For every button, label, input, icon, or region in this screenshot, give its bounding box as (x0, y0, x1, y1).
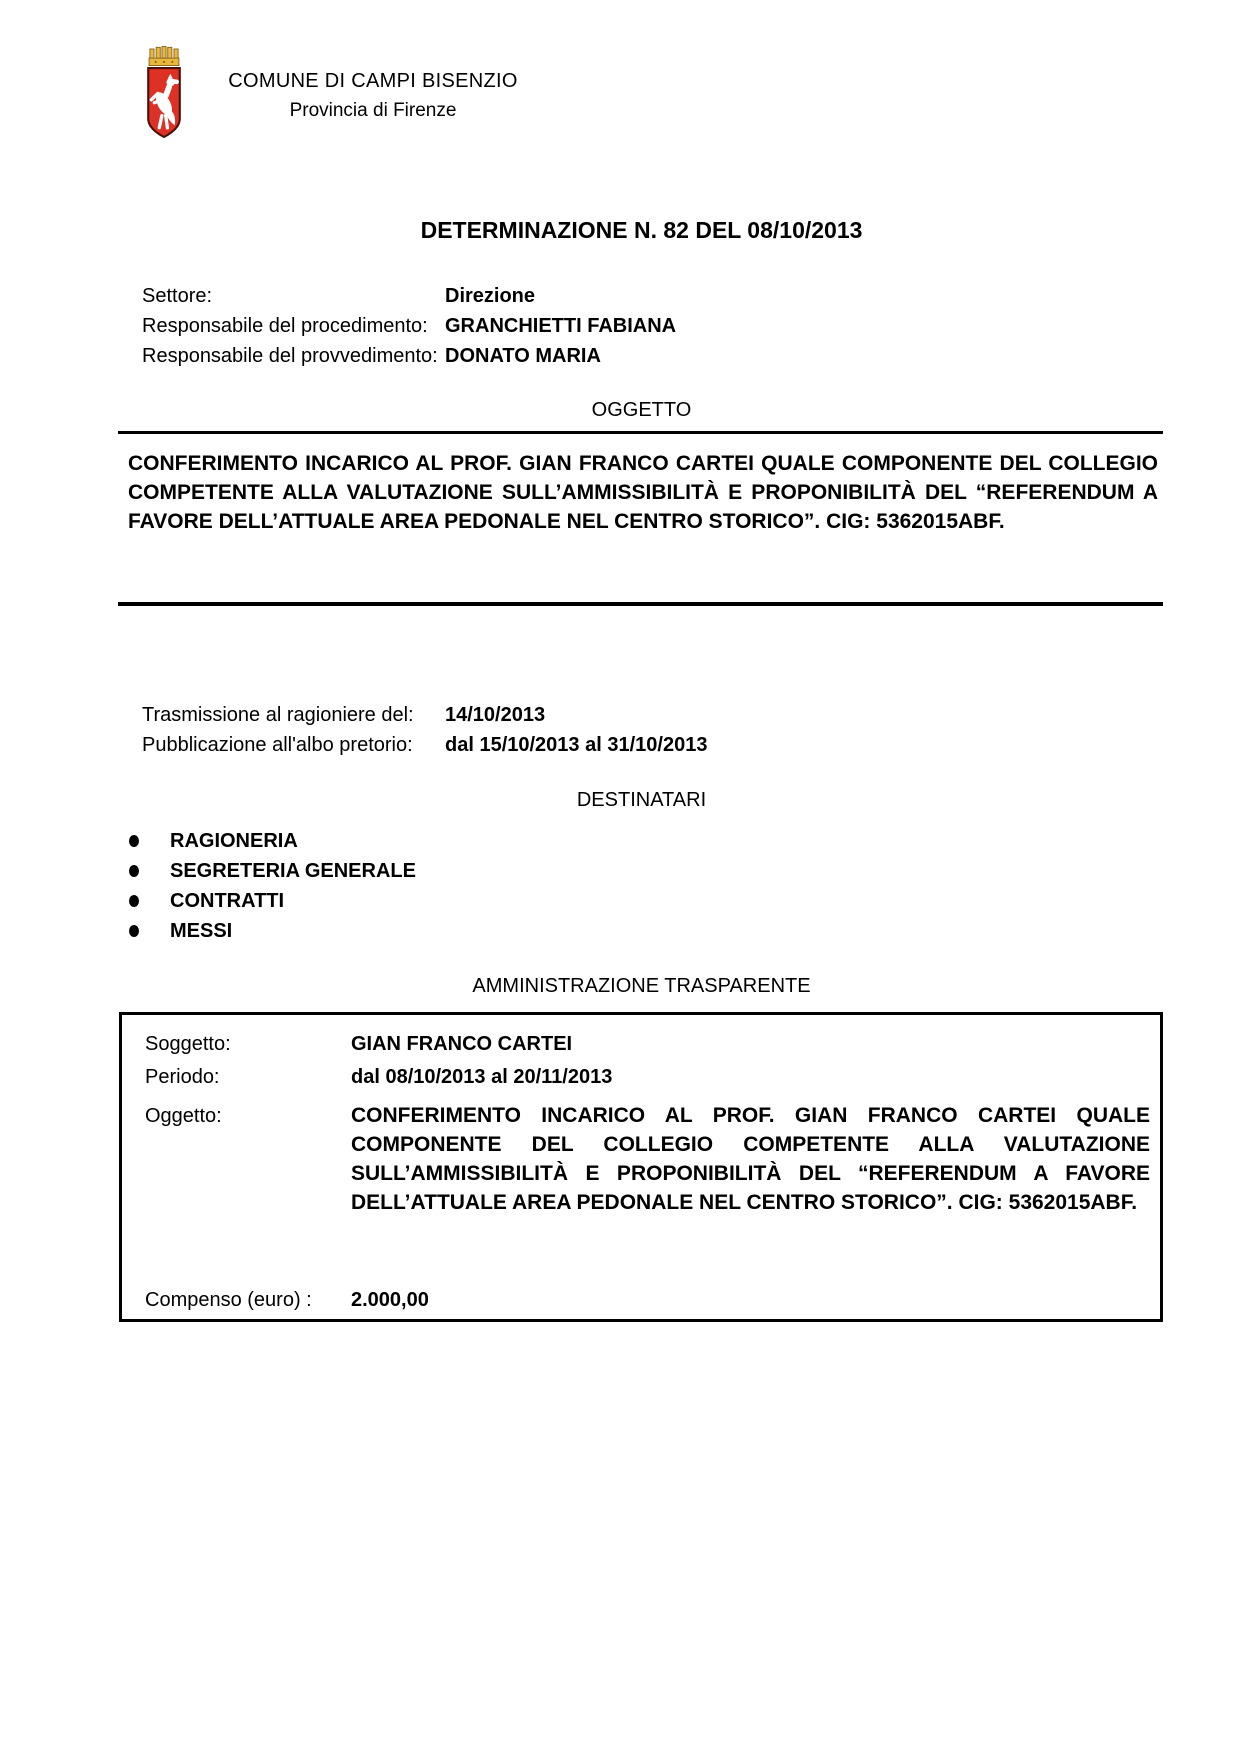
province-name: Provincia di Firenze (208, 100, 538, 122)
bullet-icon (129, 835, 139, 847)
table-row-oggetto: Oggetto: CONFERIMENTO INCARICO AL PROF. … (145, 1101, 1152, 1217)
field-value-settore: Direzione (445, 281, 676, 311)
field-value-compenso: 2.000,00 (351, 1285, 1152, 1315)
field-value-oggetto: CONFERIMENTO INCARICO AL PROF. GIAN FRAN… (351, 1101, 1152, 1217)
field-value-resp-provvedimento: DONATO MARIA (445, 341, 676, 371)
table-row-periodo: Periodo: dal 08/10/2013 al 20/11/2013 (145, 1062, 1152, 1092)
field-label-compenso: Compenso (euro) : (145, 1285, 351, 1315)
bullet-icon (129, 895, 139, 907)
bullet-icon (129, 865, 139, 877)
table-row-soggetto: Soggetto: GIAN FRANCO CARTEI (145, 1029, 1152, 1059)
info-fields: Settore: Direzione Responsabile del proc… (142, 281, 676, 371)
list-item-label: RAGIONERIA (170, 830, 298, 853)
field-label-pubblicazione: Pubblicazione all'albo pretorio: (142, 730, 445, 760)
table-row-compenso: Compenso (euro) : 2.000,00 (145, 1285, 1152, 1315)
coat-of-arms-icon (138, 44, 190, 142)
organization-block: COMUNE DI CAMPI BISENZIO Provincia di Fi… (208, 70, 538, 122)
list-item-label: MESSI (170, 920, 232, 943)
document-page: COMUNE DI CAMPI BISENZIO Provincia di Fi… (0, 0, 1240, 1754)
document-title: DETERMINAZIONE N. 82 DEL 08/10/2013 (120, 217, 1163, 244)
field-value-resp-procedimento: GRANCHIETTI FABIANA (445, 311, 676, 341)
oggetto-paragraph: CONFERIMENTO INCARICO AL PROF. GIAN FRAN… (128, 449, 1158, 536)
field-value-pubblicazione: dal 15/10/2013 al 31/10/2013 (445, 730, 707, 760)
list-item: RAGIONERIA (129, 826, 416, 856)
field-label-resp-procedimento: Responsabile del procedimento: (142, 311, 445, 341)
field-label-settore: Settore: (142, 281, 445, 311)
destinatari-heading: DESTINATARI (120, 789, 1163, 812)
transmission-fields: Trasmissione al ragioniere del: 14/10/20… (142, 700, 707, 760)
field-label-periodo: Periodo: (145, 1062, 351, 1092)
list-item: SEGRETERIA GENERALE (129, 856, 416, 886)
field-label-soggetto: Soggetto: (145, 1029, 351, 1059)
amministrazione-trasparente-box: Soggetto: GIAN FRANCO CARTEI Periodo: da… (119, 1012, 1163, 1322)
field-label-resp-provvedimento: Responsabile del provvedimento: (142, 341, 445, 371)
horizontal-rule-top (118, 431, 1163, 434)
field-label-oggetto: Oggetto: (145, 1101, 351, 1217)
list-item: CONTRATTI (129, 886, 416, 916)
municipality-name: COMUNE DI CAMPI BISENZIO (208, 70, 538, 93)
oggetto-heading: OGGETTO (120, 399, 1163, 422)
field-value-soggetto: GIAN FRANCO CARTEI (351, 1029, 1152, 1059)
bullet-icon (129, 925, 139, 937)
list-item-label: SEGRETERIA GENERALE (170, 860, 416, 883)
list-item: MESSI (129, 916, 416, 946)
field-value-trasmissione: 14/10/2013 (445, 700, 707, 730)
field-value-periodo: dal 08/10/2013 al 20/11/2013 (351, 1062, 1152, 1092)
destinatari-list: RAGIONERIA SEGRETERIA GENERALE CONTRATTI… (129, 826, 416, 946)
horizontal-rule-bottom (118, 602, 1163, 606)
list-item-label: CONTRATTI (170, 890, 284, 913)
field-label-trasmissione: Trasmissione al ragioniere del: (142, 700, 445, 730)
amministrazione-trasparente-heading: AMMINISTRAZIONE TRASPARENTE (120, 975, 1163, 998)
